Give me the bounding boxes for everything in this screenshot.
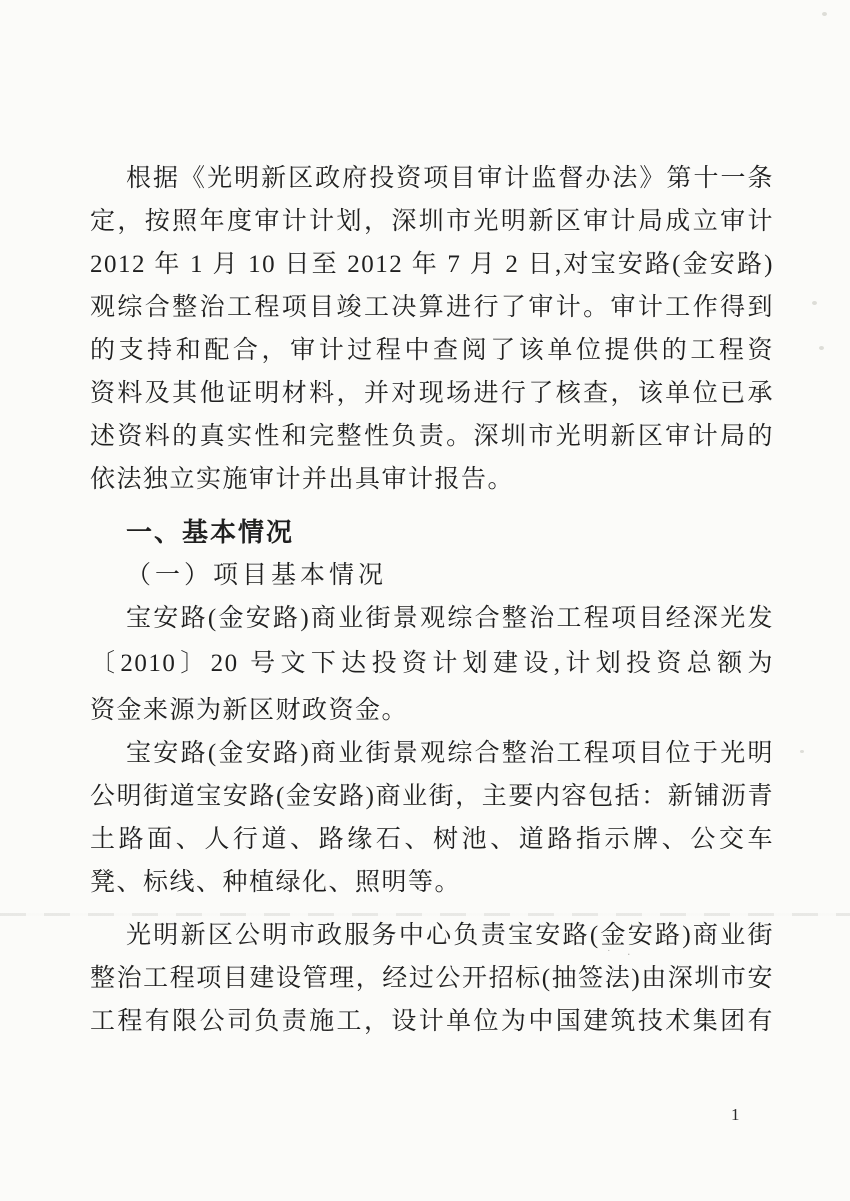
section-heading: 一、基本情况 <box>90 511 774 554</box>
body-line: 观综合整治工程项目竣工决算进行了审计。审计工作得到该单位 <box>90 286 774 329</box>
scan-speck-artifact <box>822 12 827 16</box>
body-line: 宝安路(金安路)商业街景观综合整治工程项目位于光明新区 <box>90 732 774 775</box>
body-line: 2012 年 1 月 10 日至 2012 年 7 月 2 日,对宝安路(金安路… <box>90 243 774 286</box>
scan-speck-artifact <box>819 346 824 350</box>
body-line: 资料及其他证明材料，并对现场进行了核查，该单位已承诺对上 <box>90 372 774 415</box>
scan-streak-artifact <box>0 913 850 916</box>
body-line: 光明新区公明市政服务中心负责宝安路(金安路)商业街景观综合 <box>90 914 774 957</box>
body-line: 公明街道宝安路(金安路)商业街，主要内容包括：新铺沥青混凝 <box>90 775 774 818</box>
body-line: 工程有限公司负责施工，设计单位为中国建筑技术集团有限公司，监 <box>90 1000 774 1043</box>
scan-speck-artifact <box>800 750 804 753</box>
body-line: 整治工程项目建设管理，经过公开招标(抽签法)由深圳市安达业建筑 <box>90 957 774 1000</box>
body-line: 凳、标线、种植绿化、照明等。 <box>90 861 774 904</box>
body-line: 资金来源为新区财政资金。 <box>90 689 774 732</box>
pencil-mark-artifact: ˙ · <box>606 948 666 960</box>
body-line: 〔2010〕20 号文下达投资计划建设,计划投资总额为 659.86 万元， <box>90 642 774 685</box>
body-line: 宝安路(金安路)商业街景观综合整治工程项目经深光发财 <box>90 597 774 640</box>
body-line: 根据《光明新区政府投资项目审计监督办法》第十一条的规 <box>90 157 774 200</box>
body-line: 定，按照年度审计计划，深圳市光明新区审计局成立审计组，自 <box>90 200 774 243</box>
body-line: 土路面、人行道、路缘石、树池、道路指示牌、公交车亭、休闲 <box>90 818 774 861</box>
scan-speck-artifact <box>812 301 817 305</box>
body-line: 述资料的真实性和完整性负责。深圳市光明新区审计局的责任是 <box>90 415 774 458</box>
document-page: 根据《光明新区政府投资项目审计监督办法》第十一条的规 定，按照年度审计计划，深圳… <box>0 0 850 1201</box>
document-body: 根据《光明新区政府投资项目审计监督办法》第十一条的规 定，按照年度审计计划，深圳… <box>90 157 774 1043</box>
subsection-heading: （一）项目基本情况 <box>90 554 774 597</box>
body-line: 依法独立实施审计并出具审计报告。 <box>90 458 774 501</box>
body-line: 的支持和配合，审计过程中查阅了该单位提供的工程资料、会计 <box>90 329 774 372</box>
page-number: 1 <box>731 1105 740 1125</box>
